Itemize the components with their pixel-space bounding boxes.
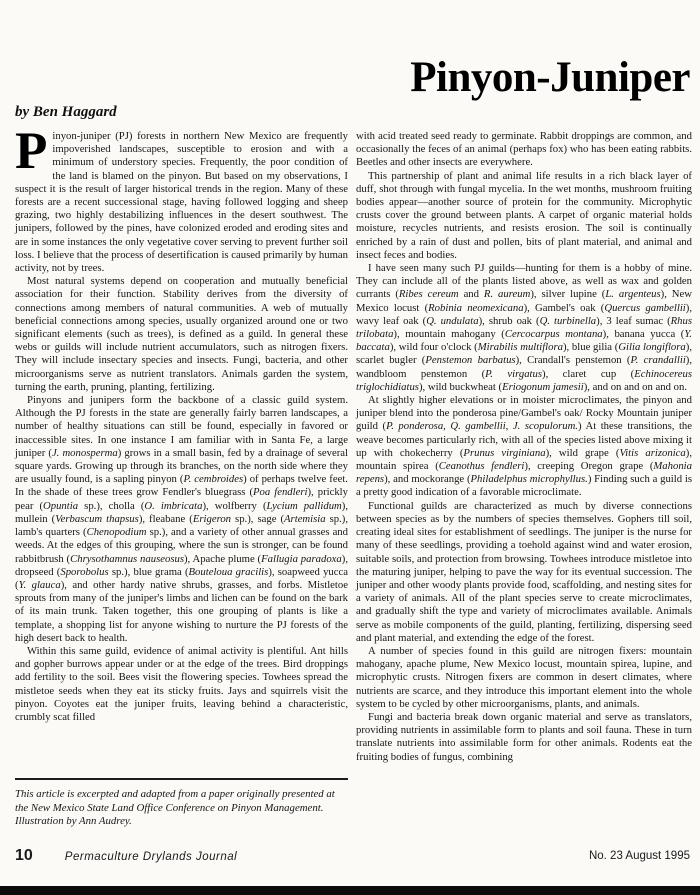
paragraph: Most natural systems depend on cooperati…	[15, 275, 348, 394]
paragraph: A number of species found in this guild …	[356, 645, 692, 711]
drop-cap: P	[15, 132, 47, 171]
right-column-text: with acid treated seed ready to germinat…	[356, 130, 692, 764]
byline: by Ben Haggard	[15, 104, 117, 121]
issue-date: No. 23 August 1995	[589, 850, 690, 862]
paragraph: Within this same guild, evidence of anim…	[15, 645, 348, 724]
page-title: Pinyon-Juniper	[410, 53, 690, 102]
right-column: with acid treated seed ready to germinat…	[356, 130, 692, 764]
paragraph: Pinyons and junipers form the backbone o…	[15, 394, 348, 645]
left-column: Pinyon-juniper (PJ) forests in northern …	[15, 130, 348, 829]
footnote-text: This article is excerpted and adapted fr…	[15, 788, 348, 829]
page-number: 10	[15, 847, 33, 865]
paragraph: Functional guilds are characterized as m…	[356, 500, 692, 645]
page-footer: 10Permaculture Drylands Journal No. 23 A…	[15, 847, 690, 869]
paragraph: This partnership of plant and animal lif…	[356, 170, 692, 262]
paragraph: Fungi and bacteria break down organic ma…	[356, 711, 692, 764]
left-column-text: Pinyon-juniper (PJ) forests in northern …	[15, 130, 348, 772]
paragraph: At slightly higher elevations or in mois…	[356, 394, 692, 500]
paragraph: Pinyon-juniper (PJ) forests in northern …	[15, 130, 348, 275]
paragraph: I have seen many such PJ guilds—hunting …	[356, 262, 692, 394]
paragraph: with acid treated seed ready to germinat…	[356, 130, 692, 170]
footnote-divider	[15, 778, 348, 780]
bottom-rule-bar	[0, 886, 700, 895]
journal-title: Permaculture Drylands Journal	[65, 851, 237, 863]
